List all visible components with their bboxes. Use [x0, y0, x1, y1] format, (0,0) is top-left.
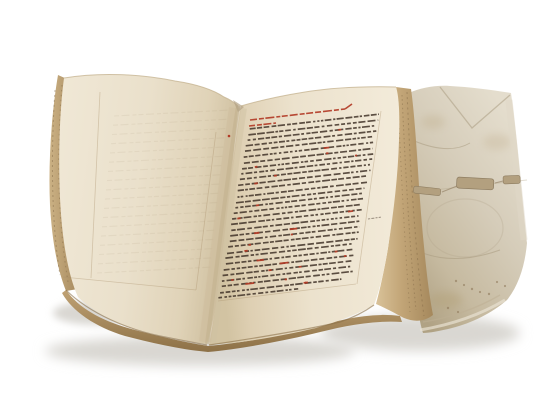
strap-segment — [503, 175, 520, 184]
red-paraph-mark — [348, 211, 353, 212]
red-paraph-mark — [290, 229, 298, 230]
red-paraph-mark — [245, 283, 254, 284]
rubric-margin-dot — [228, 135, 231, 138]
manuscript-photograph — [0, 0, 555, 416]
manuscript-scene — [0, 0, 555, 416]
red-paraph-mark — [280, 263, 289, 264]
red-paraph-mark — [324, 148, 329, 149]
cover-stain — [483, 134, 511, 150]
red-paraph-mark — [254, 233, 259, 234]
cover-stain — [430, 292, 462, 308]
strap-segment — [456, 177, 494, 190]
cover-stain — [421, 115, 445, 129]
red-paraph-mark — [257, 260, 264, 261]
